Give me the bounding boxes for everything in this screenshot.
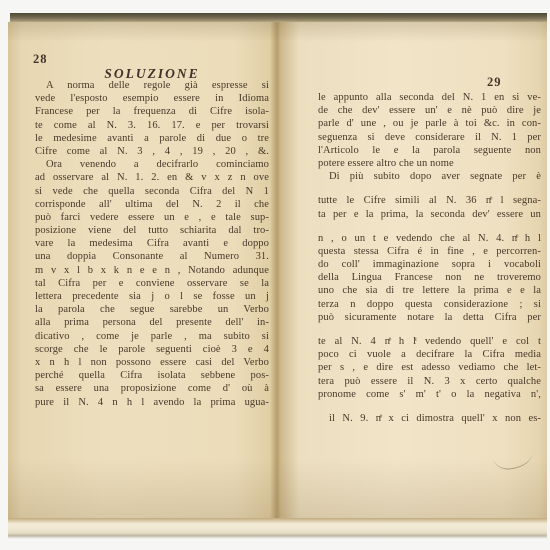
text-line: può farci vedere essere un e , e tale su… xyxy=(35,211,269,224)
text-line: seguenza si deve considerare il N. 1 per xyxy=(318,131,541,144)
left-text-block: A norma delle regole già espresse sivede… xyxy=(35,79,269,409)
text-line: dicativo , come je parle , ma subito si xyxy=(35,330,269,343)
text-line: questa stessa Cifra é in fine , e percor… xyxy=(318,245,541,258)
text-line: lettera precedente sia j o l se fosse un… xyxy=(35,290,269,303)
text-line: le appunto alla seconda del N. 1 en si v… xyxy=(318,91,541,104)
text-line: terza n doppo questa considerazione ; si xyxy=(318,298,541,311)
text-line: si vede che quella seconda Cifra del N 1 xyxy=(35,185,269,198)
page-number-right: 29 xyxy=(487,75,502,90)
text-line: le medesime avanti a parole di due o tre xyxy=(35,132,269,145)
text-line: il N. 9. nͤ x ci dimostra quell' x non e… xyxy=(318,412,541,425)
text-line: Cifre come al N. 3 , 4 , 19 , 20 , &. xyxy=(35,145,269,158)
text-line: ad osservare al N. 1. 2. en & v x z n ov… xyxy=(35,171,269,184)
text-line: alla prima persona del presente dell' in… xyxy=(35,316,269,329)
text-line: sa essere una proposizione come d' où à xyxy=(35,382,269,395)
open-pages: 28 SOLUZIONE A norma delle regole già es… xyxy=(8,22,547,518)
text-line: scorge che le parole seguenti cioè 3 e 4 xyxy=(35,343,269,356)
text-line: poco ci vuole a decifrare la Cifra media xyxy=(318,348,541,361)
text-line: l'Articolo le e la parola seguente non xyxy=(318,144,541,157)
text-line: della Lingua Francese non ne troveremo xyxy=(318,271,541,284)
text-line: perché quella Cifra isolata sebbene pos- xyxy=(35,369,269,382)
text-line: pure il N. 4 n h l avendo la prima ugua- xyxy=(35,396,269,409)
text-line: x n h l non possono essere casi del Verb… xyxy=(35,356,269,369)
text-line: Francese per la frequenza di Cifre isola… xyxy=(35,105,269,118)
text-line: do coll' immaginazione sopra i vocaboli xyxy=(318,258,541,271)
page-right: 29 le appunto alla seconda del N. 1 en s… xyxy=(278,22,547,518)
text-line: n , o un t e vedendo che al N. 4. nͤ h l xyxy=(318,232,541,245)
text-line: per s , e dire est adesso vediamo che le… xyxy=(318,361,541,374)
text-line: tutte le Cifre simili al N. 36 nͤ l segn… xyxy=(318,194,541,207)
text-line: la parola che segue sarebbe un Verbo xyxy=(35,303,269,316)
text-line: posizione viene del tutto schiarita dal … xyxy=(35,224,269,237)
text-line: de che dev' essere un' e nè può dire je xyxy=(318,104,541,117)
photo-background: 28 SOLUZIONE A norma delle regole già es… xyxy=(0,0,550,550)
text-line: m v x l b x k n e e n , Notando adunque xyxy=(35,264,269,277)
right-text-block: le appunto alla seconda del N. 1 en si v… xyxy=(318,91,541,425)
text-line: tera può essere il N. 3 x certo qualche xyxy=(318,375,541,388)
text-line: tal Cifra per e conviene osservare se la xyxy=(35,277,269,290)
text-line: parle d' une , ou je parle à toi &c. in … xyxy=(318,117,541,130)
page-number-left: 28 xyxy=(33,52,48,67)
page-left: 28 SOLUZIONE A norma delle regole già es… xyxy=(8,22,277,518)
text-line: vare la medesima Cifra avanti e doppo xyxy=(35,237,269,250)
text-line: una doppia Consonante al Numero 31. xyxy=(35,250,269,263)
text-line: pronome come s' m' t' o la negativa n', xyxy=(318,388,541,401)
crease-mark xyxy=(492,450,534,472)
text-line: può sicuramente notare la detta Cifra pe… xyxy=(318,311,541,324)
book: 28 SOLUZIONE A norma delle regole già es… xyxy=(8,13,547,540)
text-line: uno che sia di tre lettere la prima e e … xyxy=(318,284,541,297)
text-line: te come al N. 3. 16. 17. e per trovarsi xyxy=(35,119,269,132)
text-line: Di più subito dopo aver segnate per è xyxy=(318,170,541,183)
text-line: ta per e la prima, la seconda dev' esser… xyxy=(318,208,541,221)
text-line: te al N. 4 nͤ h lͭ vedendo quell' e col … xyxy=(318,335,541,348)
text-line: potere essere altro che un nome xyxy=(318,157,541,170)
book-bottom-edges xyxy=(8,518,547,540)
book-top-edge xyxy=(10,13,547,22)
text-line: corrisponde all' ultima del N. 2 il che xyxy=(35,198,269,211)
text-line: Ora venendo a decifrarlo cominciamo xyxy=(35,158,269,171)
text-line: vede l'esposto esempio essere in Idioma xyxy=(35,92,269,105)
text-line: A norma delle regole già espresse si xyxy=(35,79,269,92)
